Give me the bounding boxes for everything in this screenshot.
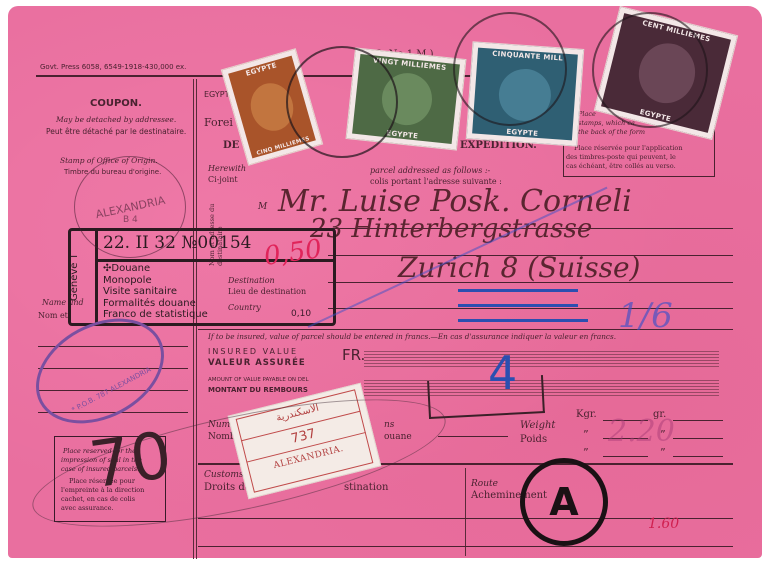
- stamp-item: Monopole: [103, 275, 208, 287]
- note-text: the back of the form: [578, 128, 645, 136]
- note-text: des timbres-poste qui peuvent, le: [566, 153, 676, 161]
- stamp-country: EGYPTE: [506, 127, 538, 138]
- stamp-item: Douane: [111, 263, 150, 274]
- cancellation-ring: [286, 46, 398, 158]
- printer-line: Govt. Press 6058, 6549-1918-430,000 ex.: [40, 63, 186, 71]
- coupon-title: COUPON.: [90, 98, 142, 109]
- red-total-annotation: 1.60: [648, 516, 679, 532]
- currency-label: FR.: [342, 346, 365, 364]
- cod-fr: MONTANT DU REMBOURS: [208, 386, 308, 394]
- addressee-m-label: M: [258, 202, 267, 212]
- parcel-dispatch-card: Govt. Press 6058, 6549-1918-430,000 ex. …: [8, 6, 762, 558]
- route-en: Route: [471, 479, 498, 489]
- blue-underline: [458, 289, 578, 292]
- ditto-1: ”: [583, 428, 589, 441]
- weight-fr: Poids: [520, 434, 547, 445]
- blue-underline: [458, 304, 578, 307]
- stamp-country: EGYPTE: [245, 60, 278, 77]
- parcel-addressed-en: parcel addressed as follows :-: [370, 166, 490, 175]
- coupon-detach-en: May be detached by addressee.: [56, 115, 176, 124]
- weight-line: [673, 438, 723, 439]
- herewith-en: Herewith: [208, 164, 246, 173]
- stamp-items: ✣Douane Monopole Visite sanitaire Formal…: [103, 263, 208, 321]
- violet-postmark-text: * P.O.B. 787 ALEXANDRIA: [70, 366, 152, 415]
- kgr-label: Kgr.: [576, 409, 597, 420]
- stamp-number: 00154: [197, 233, 251, 253]
- stamp-item: Visite sanitaire: [103, 286, 208, 298]
- section-rule: [198, 546, 733, 547]
- note-text: cas échéant, être collés au verso.: [566, 162, 676, 170]
- stamp-top: T: [69, 253, 80, 259]
- alexandria-postmark: ALEXANDRIA B 4: [74, 156, 186, 258]
- stamp-item: Formalités douane: [103, 298, 208, 310]
- received-box-stamp: [427, 375, 545, 419]
- weight-line: [673, 420, 723, 421]
- cod-en: AMOUNT OF VALUE PAYABLE ON DEL: [208, 377, 309, 383]
- insured-value-en: INSURED VALUE: [208, 347, 298, 356]
- blue-four-annotation: 4: [488, 346, 517, 400]
- weight-line: [673, 456, 723, 457]
- stamp-side-text: Genève T: [69, 235, 95, 319]
- circled-letter: A: [549, 480, 578, 524]
- weight-en: Weight: [520, 420, 555, 431]
- customs-duties-tail: stination: [344, 482, 388, 493]
- addressee-street: 23 Hinterbergstrasse: [310, 214, 592, 244]
- herewith-fr: Ci-joint: [208, 175, 238, 184]
- stamp-city: Genève: [69, 262, 80, 300]
- coupon-detach-fr: Peut être détaché par le destinataire.: [46, 127, 186, 136]
- insurance-note: If to be insured, value of parcel should…: [208, 332, 616, 341]
- postmark-sub: B 4: [123, 215, 138, 225]
- blue-fraction-annotation: 1/6: [618, 296, 673, 336]
- field-line: [438, 436, 508, 437]
- insured-value-fr: VALEUR ASSURÉE: [208, 358, 306, 368]
- coupon-name-fr: Nom et: [38, 311, 68, 320]
- blue-underline: [458, 319, 588, 322]
- weight-line: [603, 456, 648, 457]
- route-divider: [465, 468, 466, 556]
- header-foreign: Forei: [204, 116, 233, 129]
- note-text: Place: [578, 110, 596, 118]
- note-text: Place réservée pour l'application: [574, 144, 683, 152]
- circled-a-mark: A: [520, 458, 608, 546]
- pencil-weight-annotation: 2.20: [608, 414, 675, 449]
- stamp-country: EGYPTE: [386, 128, 419, 140]
- stamp-no-label: №: [181, 233, 197, 253]
- ditto-3: ”: [583, 446, 589, 459]
- header-egypt: EGYPT: [204, 90, 229, 99]
- cancellation-ring: [453, 12, 567, 126]
- cancellation-ring: [592, 12, 708, 128]
- insured-value-field[interactable]: [364, 351, 719, 369]
